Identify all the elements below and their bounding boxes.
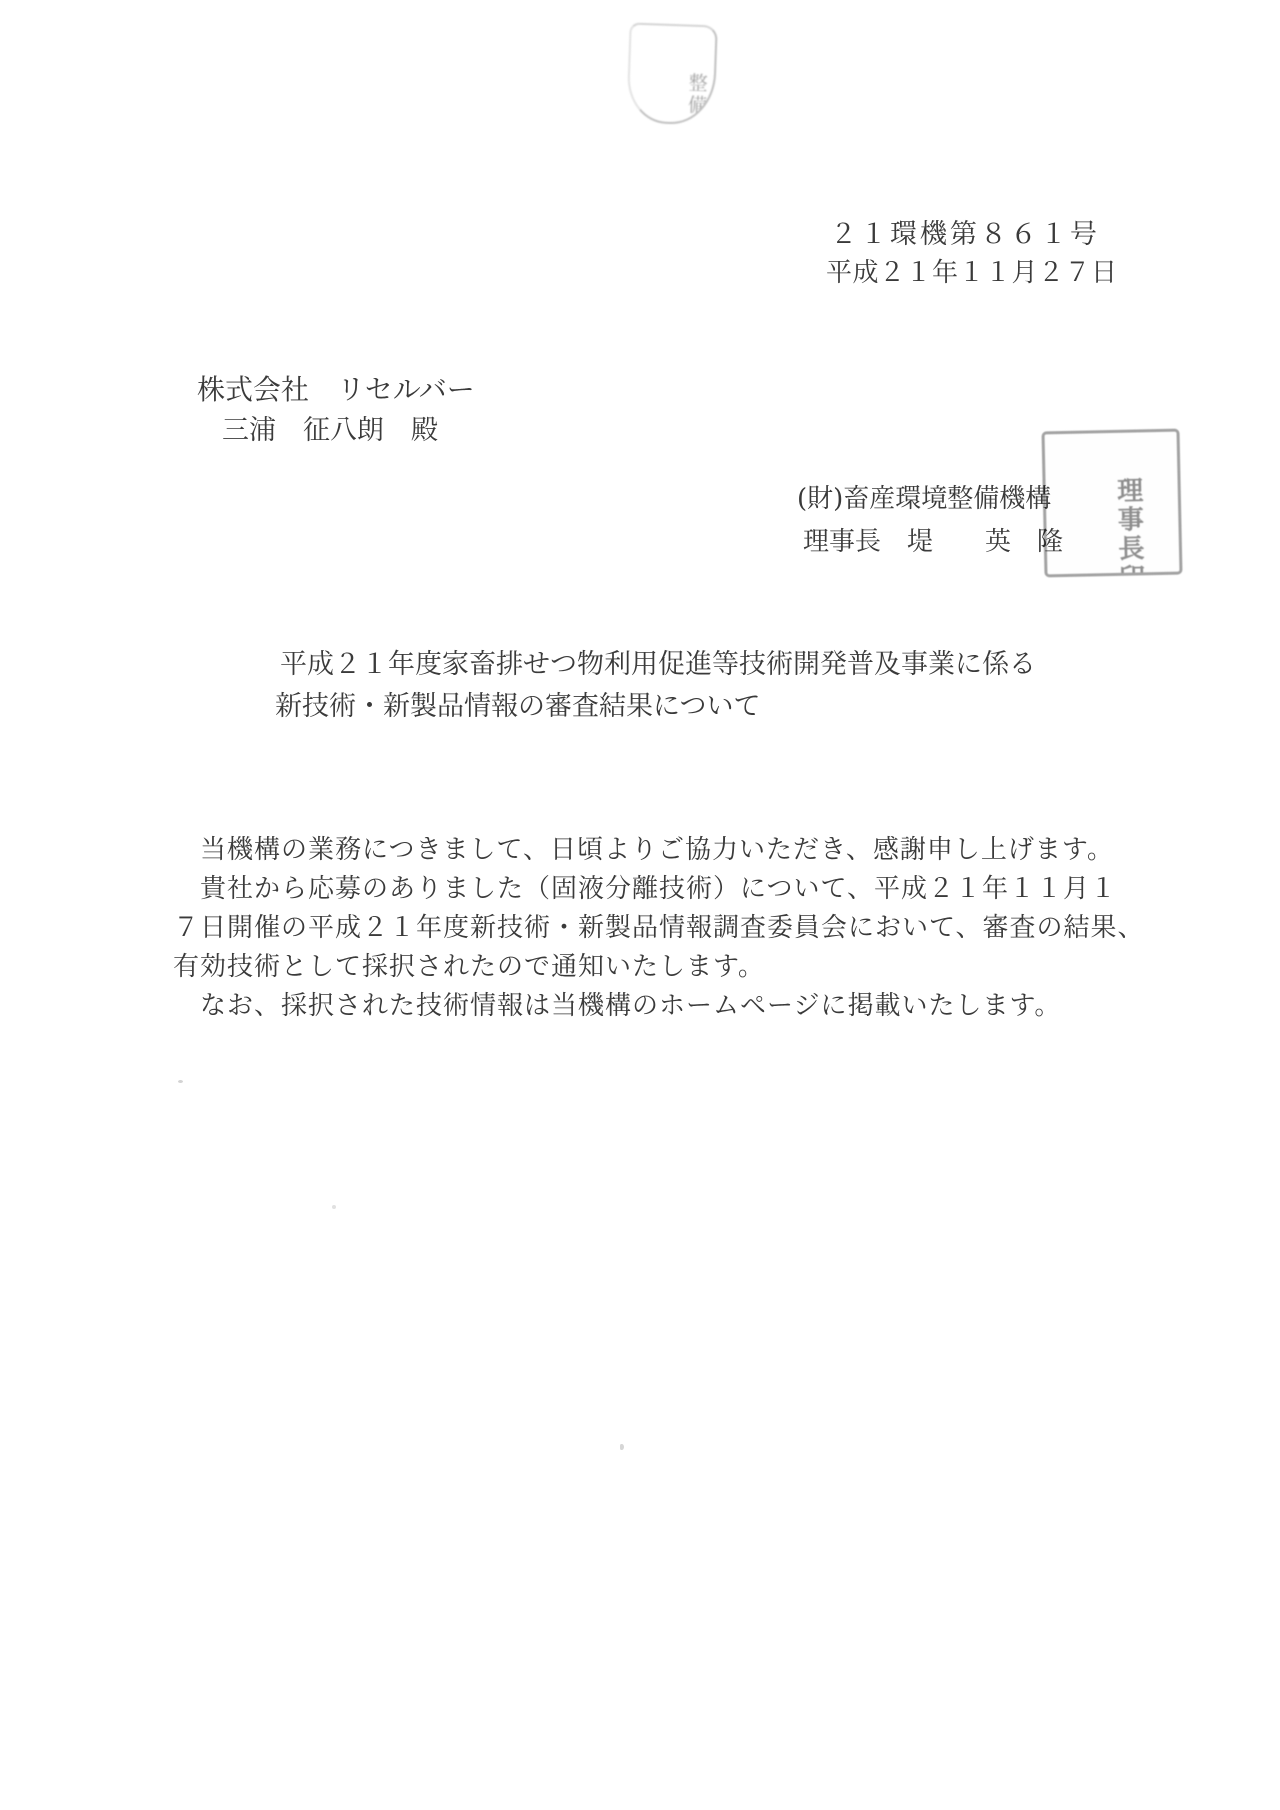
body-line: 当機構の業務につきまして、日頃よりご協力いただき、感謝申し上げます。 <box>173 829 1114 866</box>
sender-representative: 理事長 堤 英 隆 <box>803 521 1063 558</box>
received-stamp-text: 畜産 環境 整備 <box>627 63 718 126</box>
subject-line-2: 新技術・新製品情報の審査結果について <box>275 684 760 723</box>
subject-line-1: 平成２１年度家畜排せつ物利用促進等技術開発普及事業に係る <box>280 642 1036 681</box>
addressee-company: 株式会社 リセルバー <box>197 368 475 408</box>
scan-speck <box>332 1205 336 1209</box>
stamp-column: 整備 <box>682 72 709 125</box>
scan-speck <box>178 1080 183 1083</box>
scan-speck <box>620 1444 624 1450</box>
body-line: 有効技術として採択されたので通知いたします。 <box>173 946 765 983</box>
body-line: ７日開催の平成２１年度新技術・新製品情報調査委員会において、審査の結果、 <box>173 907 1144 944</box>
document-number: ２１環機第８６１号 <box>830 212 1100 251</box>
scanned-letter-page: 畜産 環境 整備 ２１環機第８６１号 平成２１年１１月２７日 株式会社 リセルバ… <box>0 0 1280 1810</box>
document-date: 平成２１年１１月２７日 <box>826 252 1118 289</box>
official-seal-text: 財団法人 畜産環境 整備機構 理事長印 <box>1045 463 1182 578</box>
received-stamp-seal-icon: 畜産 環境 整備 <box>626 22 717 125</box>
body-line: 貴社から応募のありました（固液分離技術）について、平成２１年１１月１ <box>173 868 1117 905</box>
body-line: なお、採択された技術情報は当機構のホームページに掲載いたします。 <box>173 985 1061 1022</box>
official-seal-icon: 財団法人 畜産環境 整備機構 理事長印 <box>1041 429 1182 578</box>
addressee-person: 三浦 征八朗 殿 <box>222 408 438 447</box>
sender-organization: (財)畜産環境整備機構 <box>797 478 1051 515</box>
seal-column: 理事長印 <box>1111 476 1146 577</box>
